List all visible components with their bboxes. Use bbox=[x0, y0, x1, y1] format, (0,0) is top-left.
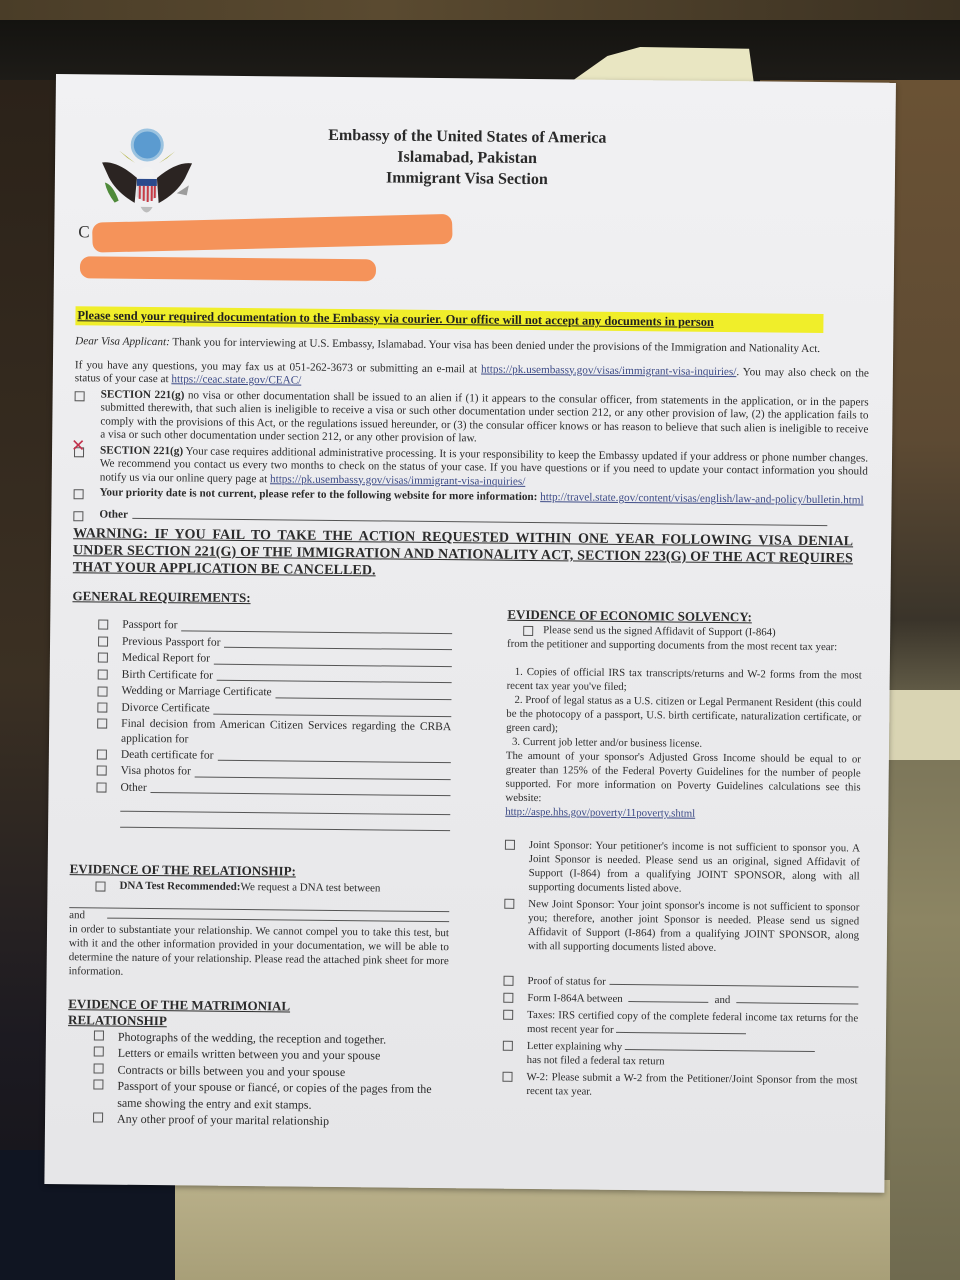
checkbox-dna-test[interactable] bbox=[95, 881, 105, 891]
ceac-link[interactable]: https://ceac.state.gov/CEAC/ bbox=[171, 373, 301, 386]
checkbox[interactable] bbox=[98, 670, 108, 680]
dna-label: DNA Test Recommended: bbox=[119, 878, 240, 896]
plaster-surface bbox=[170, 1180, 890, 1280]
checkbox[interactable] bbox=[98, 620, 108, 630]
heading-line-3: Immigrant Visa Section bbox=[277, 166, 657, 191]
blank-field[interactable] bbox=[151, 783, 451, 796]
new-joint-sponsor-option: New Joint Sponsor: Your joint sponsor's … bbox=[504, 897, 860, 957]
solvency-list-1: 1. Copies of official IRS tax transcript… bbox=[507, 665, 862, 697]
query-page-link[interactable]: https://pk.usembassy.gov/visas/immigrant… bbox=[270, 473, 525, 488]
blank-field[interactable] bbox=[217, 751, 450, 763]
visa-bulletin-link[interactable]: http://travel.state.gov/content/visas/en… bbox=[540, 491, 864, 506]
courier-notice: Please send your required documentation … bbox=[75, 306, 823, 333]
taxes-option: Taxes: IRS certified copy of the complet… bbox=[503, 1008, 858, 1040]
checkbox-other[interactable] bbox=[73, 511, 83, 521]
blank-field[interactable] bbox=[629, 992, 709, 1003]
checkbox-letter[interactable] bbox=[503, 1041, 513, 1051]
checkbox-taxes[interactable] bbox=[503, 1010, 513, 1020]
blank-field[interactable] bbox=[214, 704, 452, 716]
option-221g-admin-processing: SECTION 221(g) Your case requires additi… bbox=[74, 444, 868, 493]
blank-field[interactable] bbox=[214, 654, 452, 666]
blank-field[interactable] bbox=[736, 993, 858, 1004]
option-title: Other bbox=[99, 508, 128, 524]
cancellation-warning: WARNING: IF YOU FAIL TO TAKE THE ACTION … bbox=[73, 525, 853, 584]
blank-field[interactable] bbox=[217, 671, 452, 683]
option-title: SECTION 221(g) bbox=[100, 444, 183, 457]
w2-option: W-2: Please submit a W-2 from the Petiti… bbox=[502, 1070, 857, 1102]
checkbox[interactable] bbox=[94, 1063, 104, 1073]
checkbox-priority-date[interactable] bbox=[74, 490, 84, 500]
matrimonial-item: Passport of your spouse or fiancé, or co… bbox=[67, 1078, 447, 1115]
checkbox[interactable] bbox=[97, 718, 107, 728]
checkbox[interactable] bbox=[94, 1030, 104, 1040]
checkbox[interactable] bbox=[97, 686, 107, 696]
checkbox[interactable] bbox=[94, 1047, 104, 1057]
proof-of-status-option: Proof of status for bbox=[503, 974, 858, 992]
req-crba-decision: Final decision from American Citizen Ser… bbox=[71, 716, 451, 750]
option-text: no visa or other documentation shall be … bbox=[100, 389, 869, 445]
background-wood-top bbox=[0, 0, 960, 20]
checkbox[interactable] bbox=[97, 766, 107, 776]
intro-text: Thank you for interviewing at U.S. Embas… bbox=[170, 336, 820, 355]
blank-field[interactable] bbox=[625, 1040, 815, 1052]
dna-text: We request a DNA test between bbox=[240, 879, 380, 897]
salutation: Dear Visa Applicant: bbox=[75, 335, 170, 348]
checkbox-joint-sponsor[interactable] bbox=[505, 840, 515, 850]
relationship-body: in order to substantiate your relationsh… bbox=[69, 922, 450, 982]
checkbox-w2[interactable] bbox=[502, 1072, 512, 1082]
great-seal-eagle-icon bbox=[96, 122, 197, 223]
left-column: GENERAL REQUIREMENTS: Passport for Previ… bbox=[67, 588, 453, 1131]
checkbox[interactable] bbox=[93, 1080, 103, 1090]
checkbox-new-joint-sponsor[interactable] bbox=[504, 899, 514, 909]
blank-field[interactable] bbox=[616, 1023, 746, 1034]
letter-explaining-option: Letter explaining why has not filed a fe… bbox=[503, 1039, 858, 1071]
redaction-mark-2 bbox=[80, 256, 376, 281]
checkbox-proof-status[interactable] bbox=[503, 976, 513, 986]
checkbox[interactable] bbox=[98, 636, 108, 646]
checkbox[interactable] bbox=[97, 703, 107, 713]
letter-header: Embassy of the United States of America … bbox=[76, 104, 871, 232]
joint-sponsor-option: Joint Sponsor: Your petitioner's income … bbox=[504, 838, 860, 898]
right-column: EVIDENCE OF ECONOMIC SOLVENCY: Please se… bbox=[502, 593, 863, 1136]
heading-line-1: Embassy of the United States of America bbox=[277, 124, 657, 149]
option-title: Your priority date is not current, pleas… bbox=[100, 486, 541, 503]
blank-field[interactable] bbox=[181, 621, 452, 634]
option-221g-ineligible: SECTION 221(g) no visa or other document… bbox=[74, 388, 869, 450]
option-title: SECTION 221(g) bbox=[101, 388, 185, 401]
other-blank-line[interactable] bbox=[132, 508, 827, 525]
checkbox-221g-admin-processing[interactable] bbox=[74, 447, 84, 457]
visa-denial-letter: Embassy of the United States of America … bbox=[44, 74, 896, 1193]
checkbox-221g-ineligible[interactable] bbox=[75, 391, 85, 401]
checkbox[interactable] bbox=[96, 783, 106, 793]
checkbox[interactable] bbox=[93, 1113, 103, 1123]
blank-field[interactable] bbox=[276, 688, 452, 700]
checkbox[interactable] bbox=[97, 749, 107, 759]
income-guideline-text: The amount of your sponsor's Adjusted Gr… bbox=[505, 749, 861, 809]
checkbox[interactable] bbox=[98, 653, 108, 663]
blank-field[interactable] bbox=[610, 975, 859, 988]
embassy-heading: Embassy of the United States of America … bbox=[277, 124, 658, 191]
inquiry-link[interactable]: https://pk.usembassy.gov/visas/immigrant… bbox=[481, 363, 736, 378]
solvency-list-2: 2. Proof of legal status as a U.S. citiz… bbox=[506, 693, 861, 739]
requirements-columns: GENERAL REQUIREMENTS: Passport for Previ… bbox=[67, 588, 867, 1135]
checkbox-form-864a[interactable] bbox=[503, 993, 513, 1003]
blank-field[interactable] bbox=[195, 767, 451, 780]
blank-field[interactable] bbox=[224, 638, 452, 650]
redacted-name-initial: C bbox=[78, 222, 90, 242]
intro-paragraph: Dear Visa Applicant: Thank you for inter… bbox=[75, 335, 869, 357]
form-864a-option: Form I-864A betweenand bbox=[503, 991, 858, 1009]
checkbox-affidavit[interactable] bbox=[523, 625, 533, 635]
